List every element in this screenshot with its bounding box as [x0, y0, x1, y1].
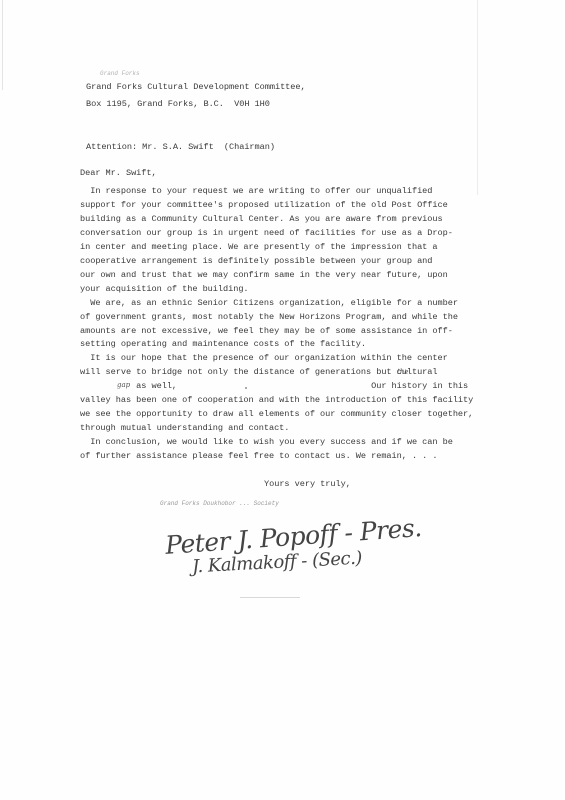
body-line: In conclusion, we would like to wish you… — [80, 438, 453, 447]
scan-edge-artifact — [2, 0, 3, 90]
body-line: setting operating and maintenance costs … — [80, 340, 366, 349]
faint-mark — [240, 597, 300, 598]
body-line: support for your committee's proposed ut… — [80, 201, 448, 210]
body-line: of government grants, most notably the N… — [80, 313, 458, 322]
recipient-line-2: Box 1195, Grand Forks, B.C. V0H 1H0 — [86, 100, 270, 109]
body-line: through mutual understanding and contact… — [80, 424, 289, 433]
body-line: building as a Community Cultural Center.… — [80, 215, 443, 224]
body-line: in center and meeting place. We are pres… — [80, 243, 438, 252]
body-line: cooperative arrangement is definitely po… — [80, 257, 432, 266]
body-line: your acquisition of the building. — [80, 285, 249, 294]
body-line: It is our hope that the presence of our … — [80, 354, 448, 363]
body-line: we see the opportunity to draw all eleme… — [80, 410, 473, 419]
scan-fold-line — [477, 0, 478, 195]
attention-line: Attention: Mr. S.A. Swift (Chairman) — [86, 143, 275, 152]
body-line: valley has been one of cooperation and w… — [80, 396, 473, 405]
body-line: conversation our group is in urgent need… — [80, 229, 453, 238]
body-line: of further assistance please feel free t… — [80, 452, 438, 461]
recipient-line-1: Grand Forks Cultural Development Committ… — [86, 83, 306, 92]
body-line: In response to your request we are writi… — [80, 187, 432, 196]
salutation: Dear Mr. Swift, — [80, 169, 157, 178]
body-line: We are, as an ethnic Senior Citizens org… — [80, 299, 458, 308]
handwritten-insertion-gap: gap — [117, 381, 130, 389]
body-line: amounts are not excessive, we feel they … — [80, 327, 453, 336]
body-line: will serve to bridge not only the distan… — [80, 368, 438, 377]
ink-speck — [245, 387, 247, 389]
body-line: as well, Our history in this — [80, 382, 468, 391]
closing: Yours very truly, — [264, 480, 351, 489]
body-line: our own and trust that we may confirm sa… — [80, 271, 448, 280]
scanned-letter-page: Grand Forks Grand Forks Cultural Develop… — [0, 0, 565, 800]
society-stamp: Grand Forks Doukhobor ... Society — [160, 500, 279, 507]
letterhead-stamp: Grand Forks — [100, 70, 140, 77]
handwritten-insertion-the: the — [397, 368, 408, 376]
